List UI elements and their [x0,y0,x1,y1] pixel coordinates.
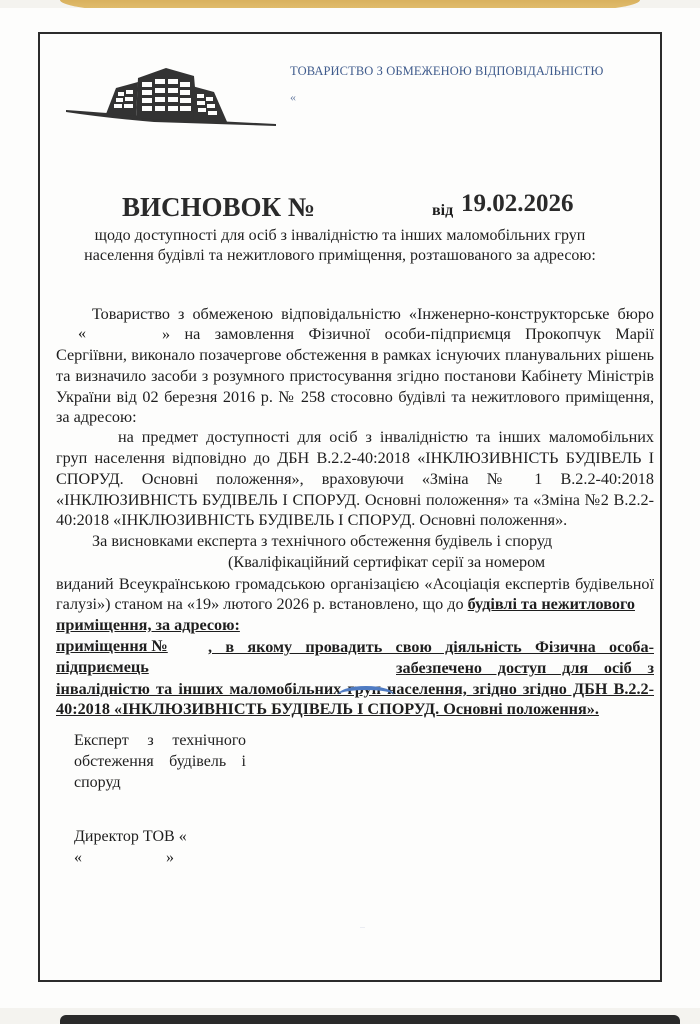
background-surface-bottom [60,1015,680,1024]
p3-line-4: галузі») станом на «19» лютого 2026 р. в… [56,595,635,614]
director-label-line-1: Директор ТОВ « [74,826,187,847]
p1-line-1: Товариство з обмеженою відповідальністю … [92,304,654,325]
p1-line-4: та визначило засоби з розумного пристосу… [56,366,654,387]
p2-line-2: груп населення відповідно до ДБН В.2.2-4… [56,448,654,469]
p2-line-4: «ІНКЛЮЗИВНІСТЬ БУДІВЕЛЬ І СПОРУД. Основн… [56,490,654,511]
p3-line-4a: галузі») станом на «19» лютого 2026 р. в… [56,595,468,613]
stamp-microtext: ····· [360,926,365,930]
p1-line-3: Сергіївни, виконало позачергове обстежен… [56,345,654,366]
company-name: ТОВАРИСТВО З ОБМЕЖЕНОЮ ВІДПОВІДАЛЬНІСТЮ [290,64,603,79]
p2-line-3: СПОРУД. Основні положення», враховуючи «… [56,469,654,490]
p3-line-5: приміщення, за адресою: [56,616,240,635]
p3-line-7b: забезпечено доступ для осіб з [396,658,654,679]
p3-line-2: (Кваліфікаційний сертифікат серії за ном… [228,553,545,572]
p3-line-6a: приміщення № [56,637,168,656]
director-label-line-2: « » [74,847,187,868]
p3-line-4b: будівлі та нежитлового [468,595,635,613]
expert-label-line-2: обстеження будівель і [74,751,246,772]
subtitle-line-1: щодо доступності для осіб з інвалідністю… [60,226,620,246]
subtitle-line-2: населення будівлі та нежитлового приміще… [60,246,620,266]
building-logo-icon [66,64,276,128]
expert-label-line-1: Експерт з технічного [74,730,246,751]
expert-label: Експерт з технічного обстеження будівель… [74,730,246,793]
document-date: 19.02.2026 [461,190,574,218]
company-name-quote: « [290,90,296,105]
document-title: ВИСНОВОК № [122,192,315,223]
p3-line-9: 40:2018 «ІНКЛЮЗИВНІСТЬ БУДІВЕЛЬ І СПОРУД… [56,700,599,719]
stamp-fragment [338,686,394,704]
date-label: від [432,202,453,220]
p1-line-6: за адресою: [56,408,137,427]
p2-line-1: на предмет доступності для осіб з інвалі… [118,427,654,448]
p2-line-5: 40:2018 «ІНКЛЮЗИВНІСТЬ БУДІВЕЛЬ І СПОРУД… [56,511,567,530]
expert-label-line-3: споруд [74,772,246,793]
p3-line-3: виданий Всеукраїнською громадською орган… [56,574,654,595]
p1-line-2a: « [78,324,86,343]
p3-line-7a: підприємець [56,658,149,677]
p3-line-6b: , в якому провадить свою діяльність Фізи… [208,637,654,658]
p1-line-2b: » на замовлення Фізичної особи-підприємц… [162,324,654,345]
p3-line-1: За висновками експерта з технічного обст… [92,532,552,551]
p1-line-5: України від 02 березня 2016 р. № 258 сто… [56,387,654,408]
director-label: Директор ТОВ « « » [74,826,187,868]
